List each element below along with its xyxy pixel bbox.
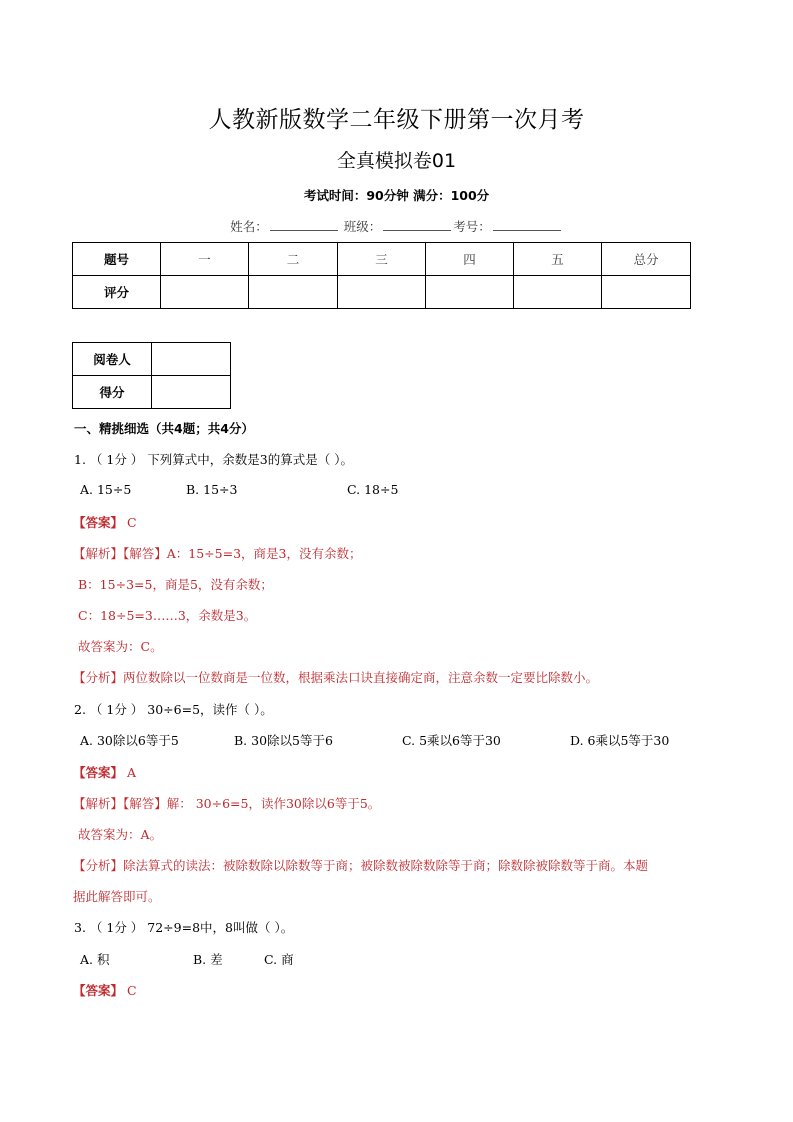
question-1-analysis-line-1: 【解析】【解答】A：15÷5=3，商是3，没有余数；	[73, 544, 362, 562]
score-cell-1[interactable]	[161, 276, 249, 309]
name-label: 姓名：	[230, 219, 268, 234]
question-1-conclusion: 故答案为：C。	[78, 637, 163, 655]
question-3-option-b[interactable]: B. 差	[193, 950, 223, 968]
score-col-1: 一	[161, 243, 249, 276]
question-2-stem: 2. （ 1分 ） 30÷6=5，读作（ ）。	[74, 700, 273, 718]
question-1-analysis-line-2: B：15÷3=5，商是5，没有余数；	[78, 575, 273, 593]
section-score-cell[interactable]	[152, 376, 231, 409]
question-1-option-c[interactable]: C. 18÷5	[347, 482, 398, 497]
score-col-2: 二	[249, 243, 338, 276]
question-1-analysis-line-3: C：18÷5=3……3，余数是3。	[78, 606, 256, 624]
score-col-total: 总分	[602, 243, 691, 276]
score-col-4: 四	[426, 243, 514, 276]
section-heading: 一、精挑细选（共4题；共4分）	[74, 419, 254, 437]
question-3-stem: 3. （ 1分 ） 72÷9=8中，8叫做（ ）。	[74, 918, 293, 936]
question-3-option-c[interactable]: C. 商	[264, 950, 294, 968]
score-table-score-row: 评分	[73, 276, 691, 309]
question-2-analysis-summary-cont: 据此解答即可。	[73, 887, 161, 905]
score-cell-4[interactable]	[426, 276, 514, 309]
question-1-stem: 1. （ 1分 ） 下列算式中，余数是3的算式是（ ）。	[74, 450, 353, 468]
score-table-header-row: 题号 一 二 三 四 五 总分	[73, 243, 691, 276]
grader-cell[interactable]	[152, 343, 231, 376]
score-table-row-label: 题号	[73, 243, 161, 276]
question-2-analysis-summary: 【分析】除法算式的读法：被除数除以除数等于商；被除数被除数除等于商；除数除被除数…	[73, 856, 648, 874]
question-2-option-b[interactable]: B. 30除以5等于6	[234, 731, 333, 749]
document-subtitle: 全真模拟卷01	[0, 146, 793, 173]
section-score-label: 得分	[73, 376, 152, 409]
score-col-3: 三	[338, 243, 426, 276]
question-1-answer: 【答案】 C	[73, 513, 137, 531]
class-blank[interactable]	[383, 218, 451, 231]
grader-table: 阅卷人 得分	[72, 342, 231, 409]
question-2-conclusion: 故答案为：A。	[78, 825, 162, 843]
score-cell-5[interactable]	[514, 276, 602, 309]
question-2-analysis-line-1: 【解析】【解答】解： 30÷6=5，读作30除以6等于5。	[73, 794, 380, 812]
question-1-option-a[interactable]: A. 15÷5	[80, 482, 131, 497]
score-table: 题号 一 二 三 四 五 总分 评分	[72, 242, 691, 309]
name-blank[interactable]	[270, 218, 338, 231]
question-2-option-a[interactable]: A. 30除以6等于5	[80, 731, 179, 749]
question-3-option-a[interactable]: A. 积	[80, 950, 109, 968]
question-3-answer: 【答案】 C	[73, 981, 137, 999]
question-2-answer: 【答案】 A	[73, 763, 136, 781]
class-label: 班级：	[344, 219, 382, 234]
student-info-line: 姓名： 班级：考号：	[0, 217, 793, 235]
score-cell-2[interactable]	[249, 276, 338, 309]
question-2-option-d[interactable]: D. 6乘以5等于30	[570, 731, 669, 749]
exam-info: 考试时间：90分钟 满分：100分	[0, 186, 793, 204]
question-1-option-b[interactable]: B. 15÷3	[186, 482, 237, 497]
score-cell-3[interactable]	[338, 276, 426, 309]
score-cell-total[interactable]	[602, 276, 691, 309]
question-1-analysis-summary: 【分析】两位数除以一位数商是一位数，根据乘法口诀直接确定商，注意余数一定要比除数…	[73, 668, 598, 686]
score-col-5: 五	[514, 243, 602, 276]
grader-label: 阅卷人	[73, 343, 152, 376]
number-blank[interactable]	[493, 218, 561, 231]
number-label: 考号：	[453, 219, 491, 234]
score-row-label: 评分	[73, 276, 161, 309]
document-title: 人教新版数学二年级下册第一次月考	[0, 101, 793, 134]
question-2-option-c[interactable]: C. 5乘以6等于30	[402, 731, 501, 749]
